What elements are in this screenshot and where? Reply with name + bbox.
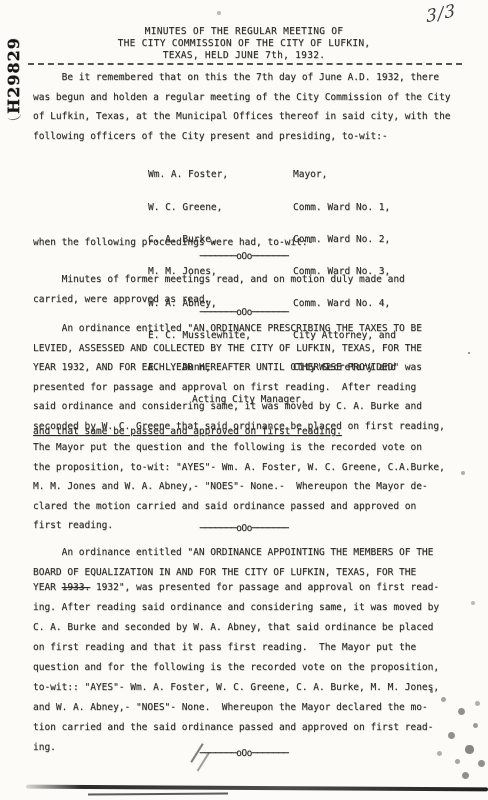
struck-year: 1933. xyxy=(62,582,91,593)
officer-title: Comm. Ward No. 1, xyxy=(293,203,390,214)
officer-title: Mayor, xyxy=(293,170,327,181)
tax-ordinance-paragraph-part2: The Mayor put the question and the follo… xyxy=(33,438,445,536)
scan-specks xyxy=(468,352,470,354)
minutes-approval-paragraph: Minutes of former meetings read, and on … xyxy=(33,270,405,309)
section-separator: ───────oOo─────── xyxy=(0,749,488,759)
officer-row: W. C. Greene,Comm. Ward No. 1, xyxy=(148,203,396,214)
section-separator: ───────oOo─────── xyxy=(0,252,488,262)
tax-ordinance-paragraph-part1: An ordinance entitled "AN ORDINANCE PRES… xyxy=(33,319,445,436)
meeting-title: MINUTES OF THE REGULAR MEETING OF THE CI… xyxy=(0,26,488,62)
dashed-divider xyxy=(28,63,462,65)
section-separator: ───────oOo─────── xyxy=(0,524,488,534)
page-number-handwritten: 3/3 xyxy=(425,1,456,27)
officer-name: W. C. Greene, xyxy=(148,203,293,214)
officer-name: Wm. A. Foster, xyxy=(148,170,293,181)
scan-streak-bottom xyxy=(26,785,488,792)
equalization-ordinance-paragraph-part2: ing. After reading said ordinance and co… xyxy=(33,598,439,758)
year-line-post: 1932", was presented for passage and app… xyxy=(90,582,439,593)
scan-smudge-bottom-right xyxy=(430,690,433,693)
meeting-title-line1: MINUTES OF THE REGULAR MEETING OF xyxy=(0,26,488,38)
year-line-pre: YEAR xyxy=(33,582,62,593)
proceedings-intro: when the following proceedings were had,… xyxy=(33,233,313,253)
meeting-title-line2: THE CITY COMMISSION OF THE CITY OF LUFKI… xyxy=(0,38,488,50)
section-separator: ───────oOo─────── xyxy=(0,308,488,318)
inserted-correction-line: and that same be passed and approved on … xyxy=(33,427,342,437)
scan-streak-bottom-2 xyxy=(88,793,228,796)
equalization-ordinance-paragraph-part1: An ordinance entitled "AN ORDINANCE APPO… xyxy=(33,543,433,582)
year-correction-line: YEAR 1933. 1932", was presented for pass… xyxy=(33,582,439,594)
meeting-title-line3: TEXAS, HELD JUNE 7th, 1932. xyxy=(0,50,488,62)
document-page: H29829 3/3 MINUTES OF THE REGULAR MEETIN… xyxy=(0,0,488,800)
officer-row: Wm. A. Foster,Mayor, xyxy=(148,170,396,181)
opening-paragraph: Be it remembered that on this the 7th da… xyxy=(33,68,451,146)
